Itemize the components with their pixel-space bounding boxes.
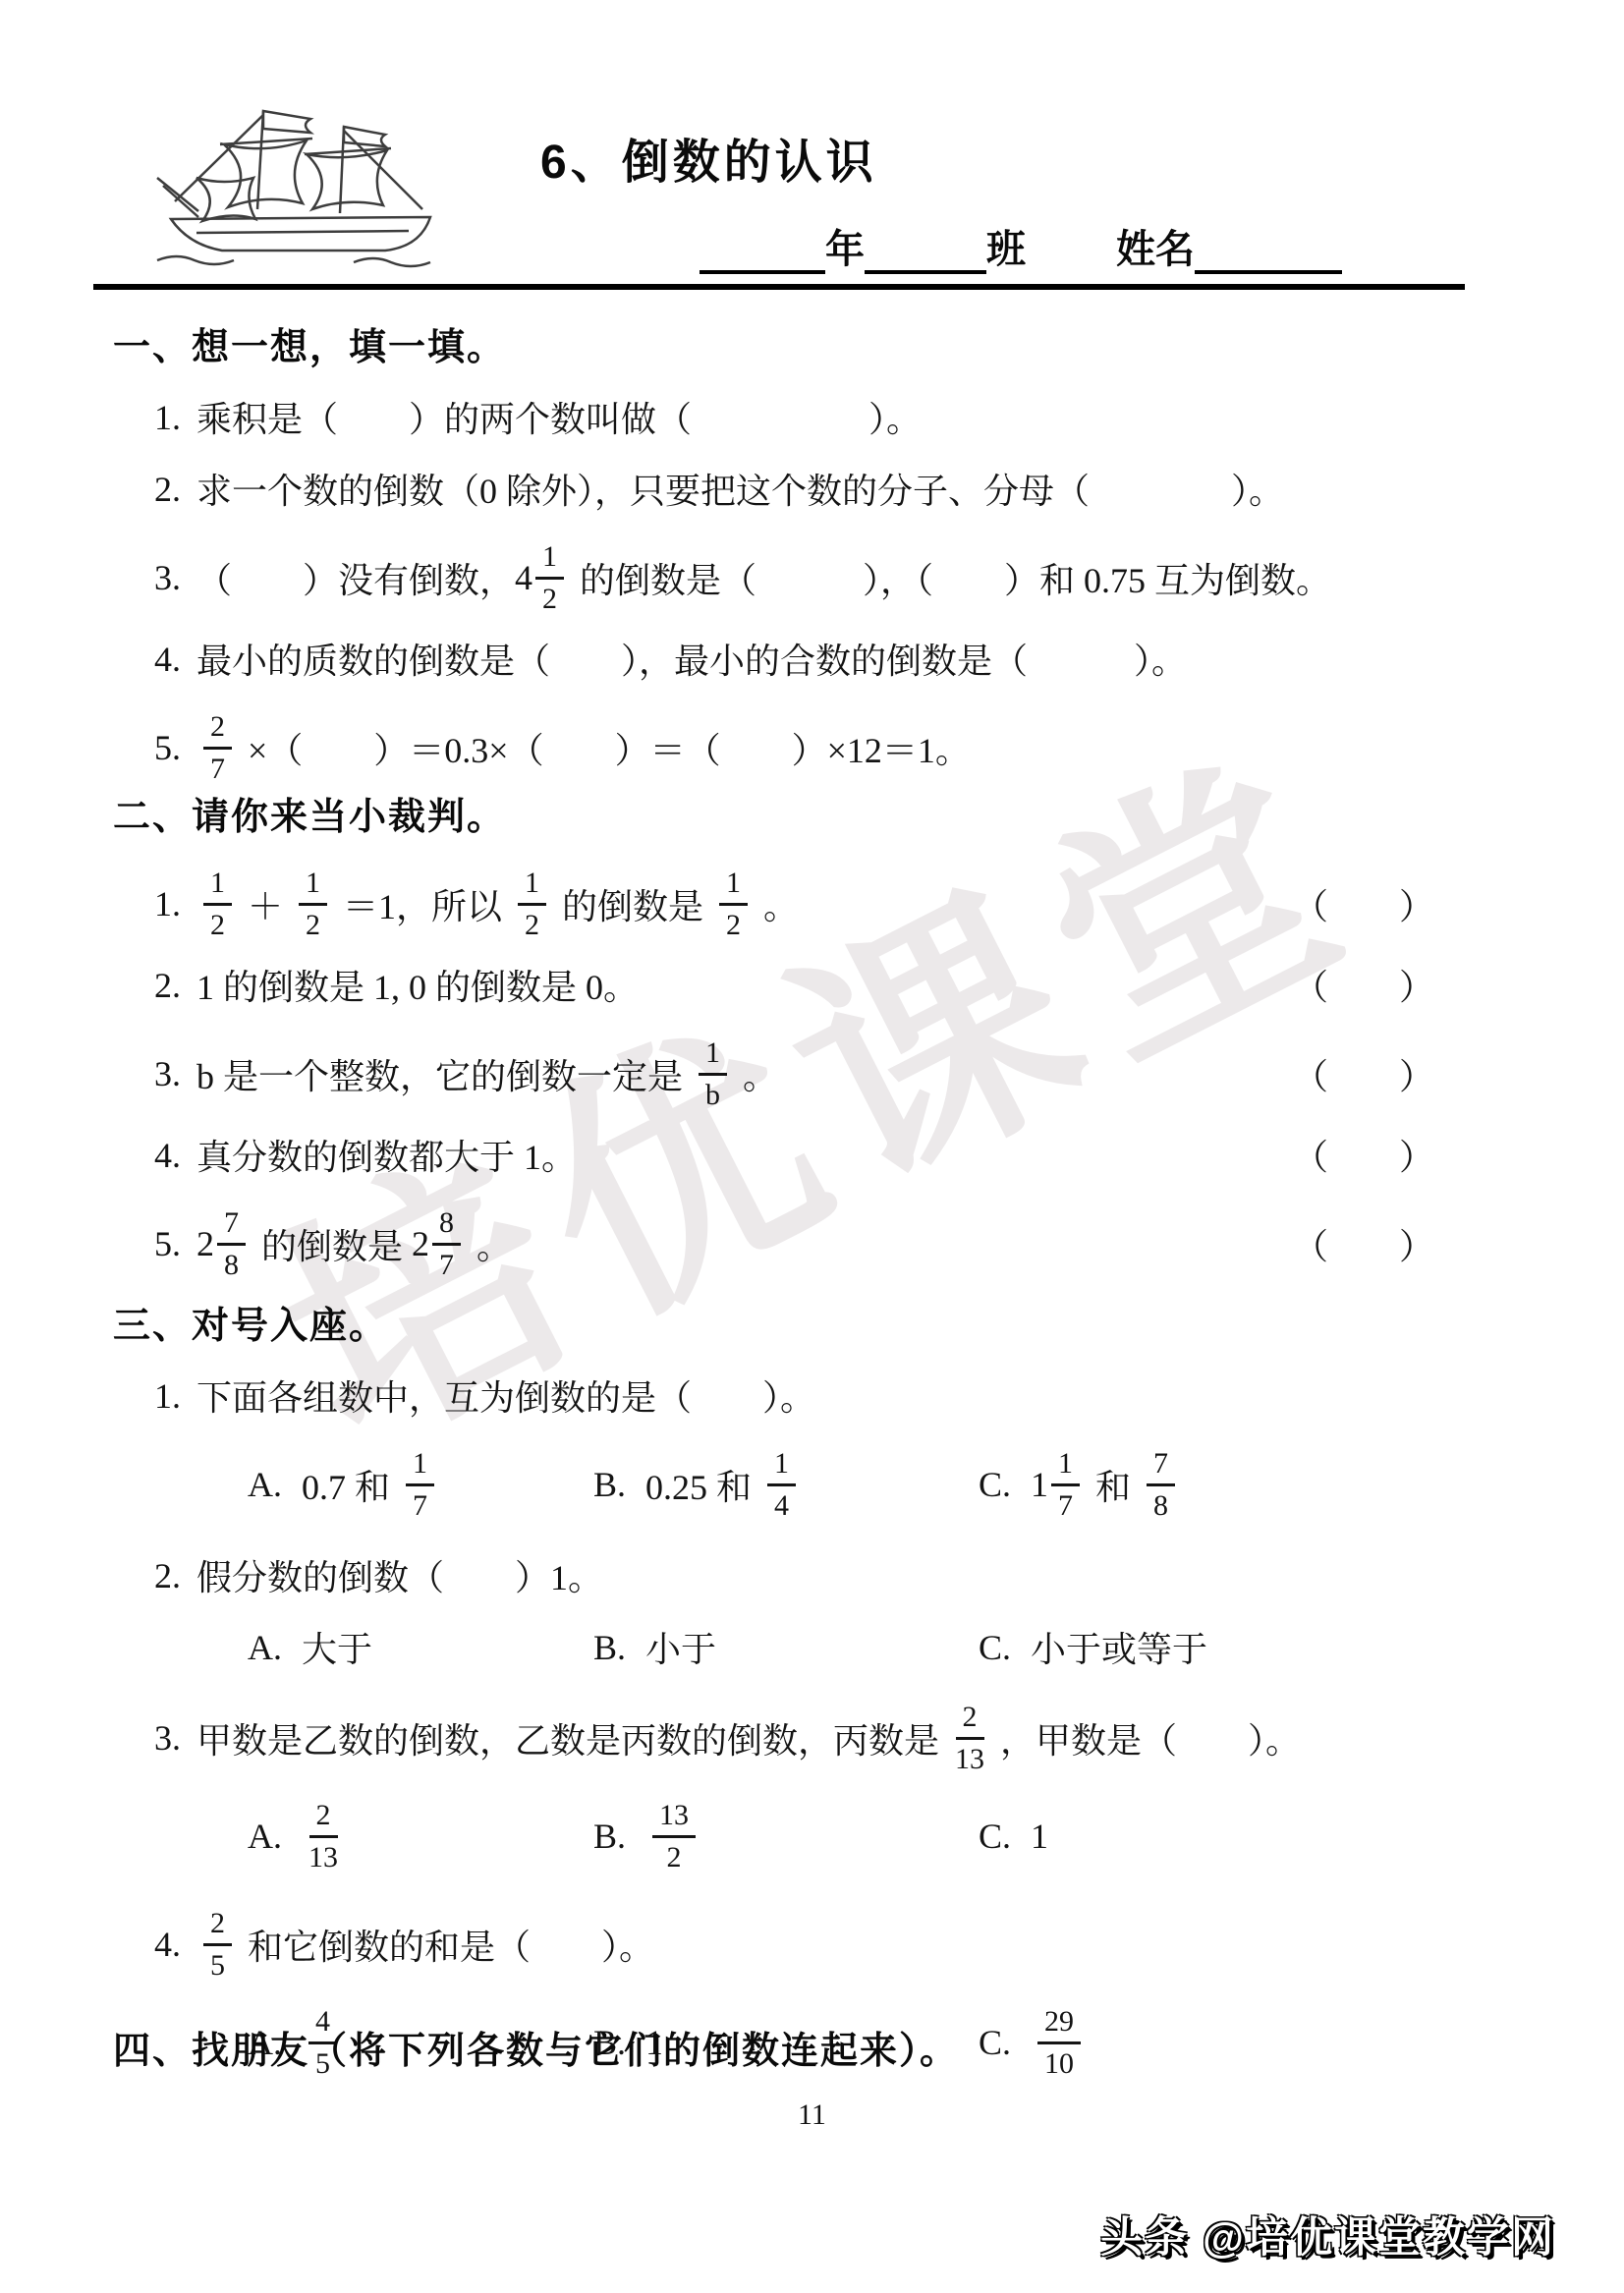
fraction-numerator: 2: [309, 1800, 338, 1838]
question-text: 甲数是乙数的倒数，乙数是丙数的倒数，丙数是 213 ，甲数是（ ）。: [196, 1702, 1301, 1774]
option: C.117 和 78: [979, 1448, 1182, 1521]
question-number: 1.: [154, 883, 181, 924]
question-text: 25 和它倒数的和是（ ）。: [196, 1908, 654, 1981]
question-text: 27 ×（ ）＝0.3×（ ）＝（ ）×12＝1。: [196, 711, 971, 784]
text-segment: 小于或等于: [1031, 1622, 1207, 1672]
fraction-denominator: b: [705, 1076, 720, 1111]
question-line: 4.真分数的倒数都大于 1。（ ）: [154, 1130, 1545, 1180]
text-segment: 0.25 和: [645, 1460, 760, 1510]
question-text: 下面各组数中，互为倒数的是（ ）。: [196, 1370, 815, 1421]
fraction-denominator: 8: [1153, 1486, 1168, 1522]
question-line: 4.最小的质数的倒数是（ ），最小的合数的倒数是（ ）。: [154, 634, 1545, 684]
options-row: A.213B.132C.1: [248, 1794, 1545, 1878]
question-line: 2.假分数的倒数（ ）1。: [154, 1550, 1545, 1600]
fraction-numerator: 7: [1147, 1448, 1175, 1486]
section-items: 1.12 ＋ 12 ＝1，所以 12 的倒数是 12 。（ ）2.1 的倒数是 …: [154, 862, 1545, 1286]
fraction-numerator: 1: [203, 867, 232, 906]
question-text: 乘积是（ ）的两个数叫做（ ）。: [196, 392, 922, 442]
fraction-denominator: 2: [542, 580, 557, 615]
fraction: 132: [652, 1800, 696, 1873]
page-title: 6、倒数的认识: [540, 124, 877, 192]
question-number: 5.: [154, 1223, 181, 1264]
options-row: A.大于B.小于C.小于或等于: [248, 1622, 1545, 1672]
question-number: 1.: [154, 1375, 181, 1417]
text-segment: 。: [755, 879, 799, 929]
text-segment: ，甲数是（ ）。: [991, 1713, 1301, 1763]
option-label: A.: [248, 1816, 282, 1857]
fraction-numerator: 2: [203, 711, 232, 750]
fraction-denominator: 4: [774, 1486, 789, 1522]
question-number: 4.: [154, 1924, 181, 1965]
text-segment: 1: [1031, 1816, 1048, 1857]
text-segment: 甲数是乙数的倒数，乙数是丙数的倒数，丙数是: [196, 1713, 948, 1763]
text-segment: 假分数的倒数（ ）1。: [196, 1550, 603, 1600]
fraction-denominator: 2: [210, 906, 225, 941]
answer-paren: （ ）: [1293, 1130, 1434, 1180]
mixed-number: 287: [412, 1207, 468, 1280]
mixed-whole: 1: [1031, 1464, 1048, 1505]
fraction: 78: [1147, 1448, 1175, 1521]
option-label: A.: [248, 1627, 282, 1668]
section-true-false: 二、请你来当小裁判。 1.12 ＋ 12 ＝1，所以 12 的倒数是 12 。（…: [113, 786, 1545, 1300]
text-segment: 和它倒数的和是（ ）。: [239, 1920, 654, 1970]
question-line: 1.下面各组数中，互为倒数的是（ ）。: [154, 1370, 1545, 1421]
fraction: 12: [719, 867, 748, 940]
class-label: 班: [986, 218, 1026, 274]
fraction-denominator: 2: [726, 906, 741, 941]
text-segment: 真分数的倒数都大于 1。: [196, 1130, 577, 1180]
question-number: 4.: [154, 1135, 181, 1176]
section-fill-blanks: 一、想一想，填一填。 1.乘积是（ ）的两个数叫做（ ）。2.求一个数的倒数（0…: [113, 316, 1545, 804]
fraction-denominator: 2: [306, 906, 320, 941]
mixed-whole: 2: [196, 1223, 214, 1264]
question-line: 3.甲数是乙数的倒数，乙数是丙数的倒数，丙数是 213 ，甲数是（ ）。: [154, 1696, 1545, 1780]
text-segment: 。: [734, 1049, 778, 1099]
question-number: 5.: [154, 727, 181, 768]
fraction-denominator: 7: [210, 750, 225, 785]
question-line: 5.278 的倒数是 287 。（ ）: [154, 1202, 1545, 1286]
question-number: 3.: [154, 1053, 181, 1094]
fraction-numerator: 1: [699, 1037, 727, 1076]
question-text: （ ）没有倒数，412 的倒数是（ ），（ ）和 0.75 互为倒数。: [196, 541, 1331, 614]
header-rule: [93, 284, 1465, 290]
option-label: A.: [248, 1464, 282, 1505]
mixed-number: 412: [515, 541, 571, 614]
question-text: 1 的倒数是 1, 0 的倒数是 0。: [196, 960, 639, 1010]
fraction-denominator: 5: [210, 1946, 225, 1982]
fraction: 87: [432, 1207, 461, 1280]
mixed-whole: 4: [515, 557, 532, 598]
question-number: 3.: [154, 557, 181, 598]
option: A.大于: [248, 1622, 593, 1672]
fraction-denominator: 7: [1058, 1486, 1073, 1522]
text-segment: b 是一个整数，它的倒数一定是: [196, 1049, 692, 1099]
text-segment: 的倒数是: [252, 1219, 412, 1269]
answer-paren: （ ）: [1293, 1219, 1434, 1269]
option-label: C.: [979, 1816, 1011, 1857]
fraction-denominator: 2: [525, 906, 539, 941]
question-number: 3.: [154, 1717, 181, 1759]
text-segment: 1 的倒数是 1, 0 的倒数是 0。: [196, 960, 639, 1010]
option: C.1: [979, 1816, 1048, 1857]
text-segment: ＝1，所以: [334, 879, 511, 929]
fraction-numerator: 1: [767, 1448, 796, 1486]
fraction-numerator: 2: [956, 1702, 984, 1740]
fraction-numerator: 2: [203, 1908, 232, 1946]
ship-svg: [138, 84, 472, 280]
option-label: C.: [979, 1627, 1011, 1668]
fraction-numerator: 1: [535, 541, 564, 580]
fraction-numerator: 1: [299, 867, 327, 906]
mixed-number: 117: [1031, 1448, 1087, 1521]
section-items: 1.下面各组数中，互为倒数的是（ ）。A.0.7 和 17B.0.25 和 14…: [154, 1370, 1545, 2085]
fraction: 25: [203, 1908, 232, 1981]
fraction-denominator: 13: [308, 1838, 338, 1874]
fraction-numerator: 7: [217, 1207, 246, 1246]
text-segment: ×（ ）＝0.3×（ ）＝（ ）×12＝1。: [239, 723, 971, 773]
text-segment: 和: [1087, 1460, 1140, 1510]
fraction-denominator: 13: [955, 1740, 984, 1775]
name-label: 姓名: [1116, 218, 1195, 274]
text-segment: 小于: [645, 1622, 716, 1672]
fraction-numerator: 13: [652, 1800, 696, 1838]
fraction: 213: [308, 1800, 338, 1873]
question-line: 3.（ ）没有倒数，412 的倒数是（ ），（ ）和 0.75 互为倒数。: [154, 535, 1545, 620]
fraction: 1b: [699, 1037, 727, 1110]
answer-paren: （ ）: [1293, 960, 1434, 1010]
fraction: 14: [767, 1448, 796, 1521]
question-number: 2.: [154, 965, 181, 1006]
fraction: 12: [518, 867, 546, 940]
fraction-numerator: 1: [406, 1448, 434, 1486]
fraction-numerator: 1: [719, 867, 748, 906]
name-line: 年 班 姓名: [700, 218, 1342, 274]
fraction-denominator: 2: [667, 1838, 682, 1874]
question-text: 假分数的倒数（ ）1。: [196, 1550, 603, 1600]
question-text: b 是一个整数，它的倒数一定是 1b 。: [196, 1037, 778, 1110]
section-title: 二、请你来当小裁判。: [113, 786, 1545, 840]
section-title: 一、想一想，填一填。: [113, 316, 1545, 370]
section-items: 1.乘积是（ ）的两个数叫做（ ）。2.求一个数的倒数（0 除外），只要把这个数…: [154, 392, 1545, 790]
option: A.0.7 和 17: [248, 1448, 593, 1521]
options-row: A.0.7 和 17B.0.25 和 14C.117 和 78: [248, 1442, 1545, 1527]
fraction: 12: [535, 541, 564, 614]
question-line: 4.25 和它倒数的和是（ ）。: [154, 1902, 1545, 1986]
page-number: 11: [0, 2098, 1624, 2132]
ship-illustration: [138, 84, 472, 285]
brand-watermark: 头条 @培优课堂教学网: [1100, 2205, 1555, 2265]
question-line: 2.1 的倒数是 1, 0 的倒数是 0。（ ）: [154, 960, 1545, 1010]
name-blank: [1195, 227, 1342, 274]
question-number: 2.: [154, 1555, 181, 1596]
option: C.小于或等于: [979, 1622, 1207, 1672]
text-segment: 乘积是（ ）的两个数叫做（ ）。: [196, 392, 922, 442]
year-label: 年: [825, 218, 865, 274]
question-text: 278 的倒数是 287 。: [196, 1207, 512, 1280]
question-line: 1.12 ＋ 12 ＝1，所以 12 的倒数是 12 。（ ）: [154, 862, 1545, 946]
question-line: 3.b 是一个整数，它的倒数一定是 1b 。（ ）: [154, 1032, 1545, 1116]
fraction-denominator: 7: [413, 1486, 427, 1522]
text-segment: 。: [468, 1219, 512, 1269]
fraction: 213: [955, 1702, 984, 1774]
question-text: 12 ＋ 12 ＝1，所以 12 的倒数是 12 。: [196, 867, 799, 940]
fraction-denominator: 8: [224, 1246, 239, 1281]
text-segment: 0.7 和: [302, 1460, 399, 1510]
section-matching: 四、找朋友（将下列各数与它们的倒数连起来）。: [113, 2020, 1545, 2096]
question-text: 求一个数的倒数（0 除外），只要把这个数的分子、分母（ ）。: [196, 464, 1284, 514]
option: B.小于: [593, 1622, 979, 1672]
worksheet-page: 培优课堂 6、倒数: [0, 0, 1624, 2293]
text-segment: 的倒数是: [553, 879, 712, 929]
question-text: 最小的质数的倒数是（ ），最小的合数的倒数是（ ）。: [196, 634, 1187, 684]
fraction: 17: [406, 1448, 434, 1521]
question-number: 2.: [154, 469, 181, 510]
text-segment: 求一个数的倒数（0 除外），只要把这个数的分子、分母（ ）。: [196, 464, 1284, 514]
answer-paren: （ ）: [1293, 1049, 1434, 1099]
question-number: 1.: [154, 397, 181, 438]
text-segment: 最小的质数的倒数是（ ），最小的合数的倒数是（ ）。: [196, 634, 1187, 684]
fraction: 27: [203, 711, 232, 784]
section-multiple-choice: 三、对号入座。 1.下面各组数中，互为倒数的是（ ）。A.0.7 和 17B.0…: [113, 1295, 1545, 2108]
fraction-numerator: 1: [1051, 1448, 1080, 1486]
option: A.213: [248, 1800, 593, 1873]
text-segment: ＋: [239, 879, 292, 929]
fraction: 12: [203, 867, 232, 940]
option-label: B.: [593, 1816, 626, 1857]
year-blank: [700, 227, 825, 274]
question-number: 4.: [154, 639, 181, 680]
fraction: 12: [299, 867, 327, 940]
option: B.132: [593, 1800, 979, 1873]
fraction: 78: [217, 1207, 246, 1280]
fraction-denominator: 7: [439, 1246, 454, 1281]
option-label: C.: [979, 1464, 1011, 1505]
text-segment: 下面各组数中，互为倒数的是（ ）。: [196, 1370, 815, 1421]
class-blank: [865, 227, 986, 274]
fraction-numerator: 1: [518, 867, 546, 906]
question-line: 2.求一个数的倒数（0 除外），只要把这个数的分子、分母（ ）。: [154, 464, 1545, 514]
section-title: 四、找朋友（将下列各数与它们的倒数连起来）。: [113, 2020, 1545, 2074]
question-text: 真分数的倒数都大于 1。: [196, 1130, 577, 1180]
answer-paren: （ ）: [1293, 879, 1434, 929]
question-line: 5.27 ×（ ）＝0.3×（ ）＝（ ）×12＝1。: [154, 705, 1545, 790]
option: B.0.25 和 14: [593, 1448, 979, 1521]
text-segment: 大于: [302, 1622, 372, 1672]
mixed-number: 278: [196, 1207, 252, 1280]
fraction-numerator: 8: [432, 1207, 461, 1246]
option-label: B.: [593, 1464, 626, 1505]
fraction: 17: [1051, 1448, 1080, 1521]
question-line: 1.乘积是（ ）的两个数叫做（ ）。: [154, 392, 1545, 442]
text-segment: 的倒数是（ ），（ ）和 0.75 互为倒数。: [571, 553, 1331, 603]
option-label: B.: [593, 1627, 626, 1668]
section-title: 三、对号入座。: [113, 1295, 1545, 1349]
text-segment: （ ）没有倒数，: [196, 553, 515, 603]
mixed-whole: 2: [412, 1223, 429, 1264]
